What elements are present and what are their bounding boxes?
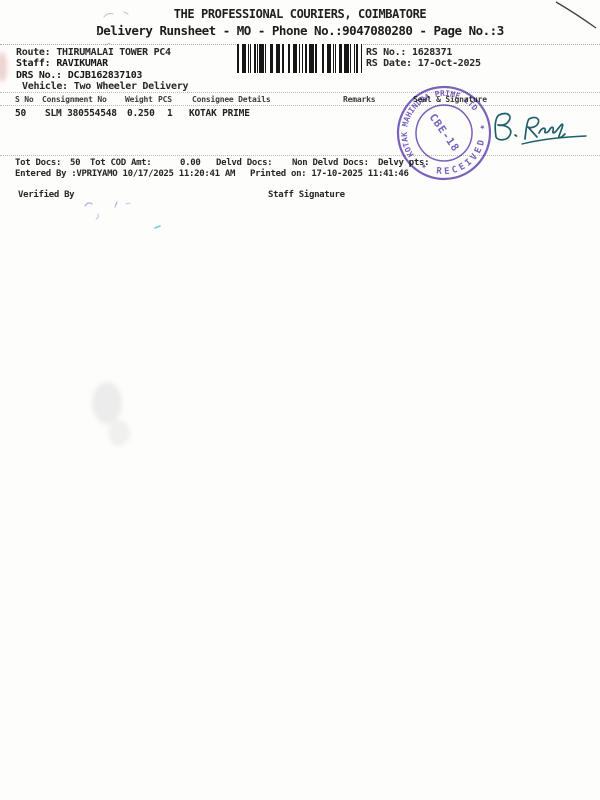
rs-no-value: 1628371 (412, 47, 452, 58)
handwritten-signature (486, 104, 598, 152)
tot-docs-value: 50 (70, 158, 80, 168)
scan-fold-line (540, 0, 600, 34)
staff-value: RAVIKUMAR (56, 58, 108, 69)
drs-field: DRS No.:DCJB162837103 (16, 70, 142, 81)
staff-label: Staff: (16, 58, 50, 69)
stamp-center-text: CBE-18 (426, 112, 461, 155)
col-header-consignment-no: Consignment No (42, 95, 107, 104)
drs-value: DCJB162837103 (68, 70, 142, 81)
divider-table-bottom (0, 155, 600, 156)
rs-date-field: RS Date:17-Oct-2025 (366, 58, 481, 69)
col-header-weight: Weight (125, 95, 153, 104)
faint-smudge-1 (92, 382, 122, 424)
edge-smudge (0, 52, 7, 82)
non-delvd-docs-label: Non Delvd Docs: (292, 158, 369, 168)
rs-date-label: RS Date: (366, 58, 412, 69)
divider-table-top (0, 92, 600, 93)
tot-docs-label: Tot Docs: (15, 158, 61, 168)
vehicle-label: Vehicle: (22, 81, 68, 92)
rs-date-value: 17-Oct-2025 (418, 58, 481, 69)
rs-no-field: RS No.:1628371 (366, 47, 452, 58)
consignment-barcode (237, 44, 362, 73)
entered-by-text: Entered By :VPRIYAMO 10/17/2025 11:20:41… (15, 169, 235, 179)
ink-specks (78, 198, 168, 233)
scanned-delivery-runsheet: THE PROFESSIONAL COURIERS, COIMBATORE De… (0, 0, 600, 800)
col-header-consignee-details: Consignee Details (192, 95, 270, 104)
tot-cod-label: Tot COD Amt: (90, 158, 151, 168)
faint-smudge-2 (108, 420, 130, 446)
row-consignment-no: SLM 380554548 (45, 108, 117, 119)
row-pcs: 1 (167, 108, 173, 119)
col-header-remarks: Remarks (343, 95, 375, 104)
pencil-marks-top-left (90, 5, 140, 50)
col-header-pcs: PCS (158, 95, 172, 104)
row-consignee: KOTAK PRIME (189, 108, 250, 119)
row-weight: 0.250 (127, 108, 155, 119)
row-s-no: 50 (15, 108, 26, 119)
delvd-docs-label: Delvd Docs: (216, 158, 272, 168)
staff-signature-label: Staff Signature (268, 190, 345, 200)
rs-no-label: RS No.: (366, 47, 406, 58)
route-label: Route: (16, 47, 50, 58)
vehicle-field: Vehicle:Two Wheeler Delivery (22, 81, 188, 92)
col-header-s-no: S No (15, 95, 33, 104)
drs-label: DRS No.: (16, 70, 62, 81)
tot-cod-value: 0.00 (180, 158, 200, 168)
vehicle-value: Two Wheeler Delivery (74, 81, 188, 92)
staff-field: Staff:RAVIKUMAR (16, 58, 108, 69)
verified-by-label: Verified By (18, 190, 74, 200)
